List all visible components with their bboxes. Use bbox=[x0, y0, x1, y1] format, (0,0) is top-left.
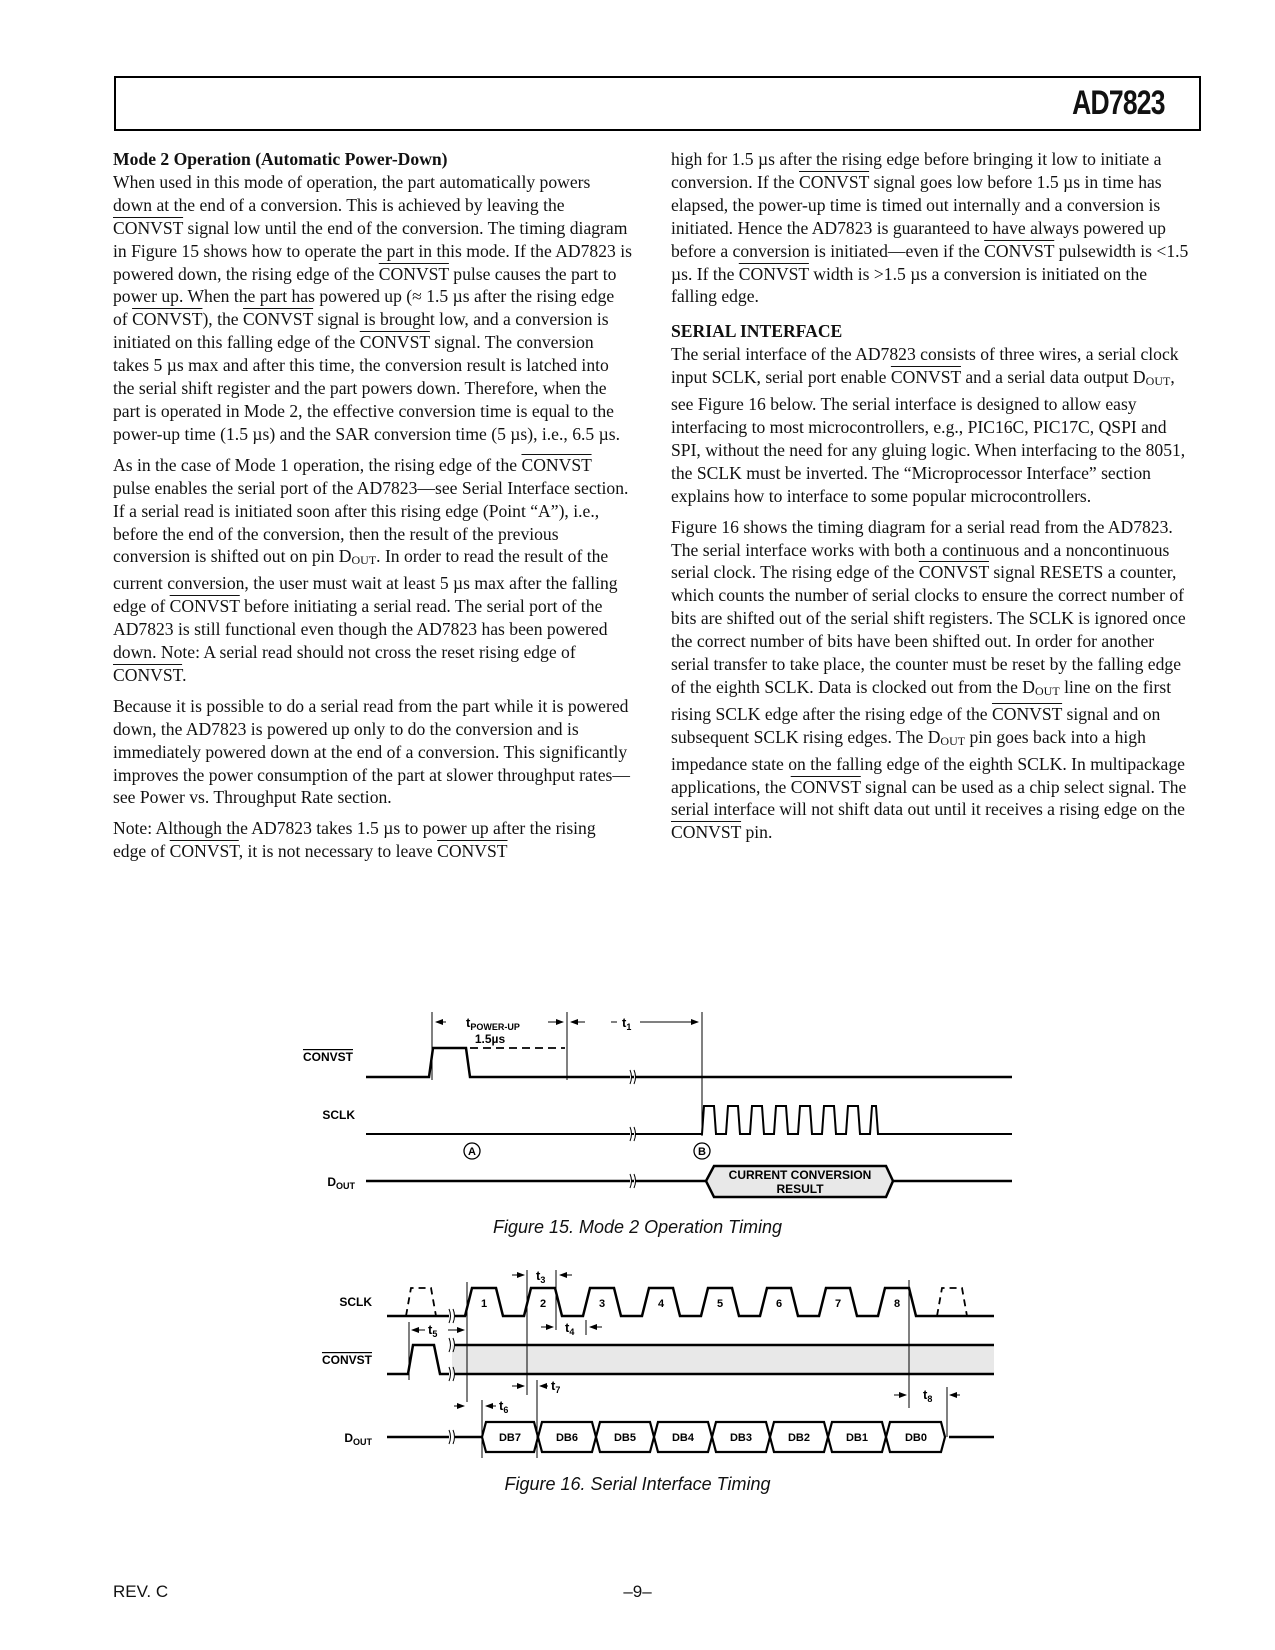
sclk-label: SCLK bbox=[339, 1295, 372, 1309]
convst-label: CONVST bbox=[322, 1353, 373, 1367]
svg-text:t6: t6 bbox=[499, 1398, 508, 1415]
svg-text:DB2: DB2 bbox=[788, 1432, 810, 1444]
svg-text:t7: t7 bbox=[551, 1378, 560, 1395]
svg-text:DB7: DB7 bbox=[499, 1432, 521, 1444]
svg-text:DB6: DB6 bbox=[556, 1432, 578, 1444]
svg-text:t4: t4 bbox=[565, 1320, 574, 1337]
svg-text:t8: t8 bbox=[923, 1387, 932, 1404]
svg-text:4: 4 bbox=[658, 1298, 665, 1310]
svg-text:7: 7 bbox=[835, 1298, 841, 1310]
dout-label: DOUT bbox=[344, 1431, 372, 1447]
svg-text:DB1: DB1 bbox=[846, 1432, 868, 1444]
svg-text:DB3: DB3 bbox=[730, 1432, 752, 1444]
svg-text:t5: t5 bbox=[428, 1322, 437, 1339]
figure-16-timing-diagram: SCLK CONVST DOUT 1 2 3 4 5 6 7 8 DB7 DB6… bbox=[0, 0, 1275, 1650]
svg-text:DB4: DB4 bbox=[672, 1432, 695, 1444]
svg-text:DB0: DB0 bbox=[905, 1432, 927, 1444]
svg-text:5: 5 bbox=[717, 1298, 723, 1310]
dout-data-bits bbox=[482, 1422, 945, 1452]
svg-text:1: 1 bbox=[481, 1298, 487, 1310]
svg-text:2: 2 bbox=[540, 1298, 546, 1310]
svg-text:3: 3 bbox=[599, 1298, 605, 1310]
page-number: –9– bbox=[0, 1582, 1275, 1602]
svg-text:t3: t3 bbox=[536, 1268, 545, 1285]
figure-16-caption: Figure 16. Serial Interface Timing bbox=[0, 1474, 1275, 1495]
svg-text:DB5: DB5 bbox=[614, 1432, 636, 1444]
svg-text:6: 6 bbox=[776, 1298, 782, 1310]
svg-text:8: 8 bbox=[894, 1298, 900, 1310]
